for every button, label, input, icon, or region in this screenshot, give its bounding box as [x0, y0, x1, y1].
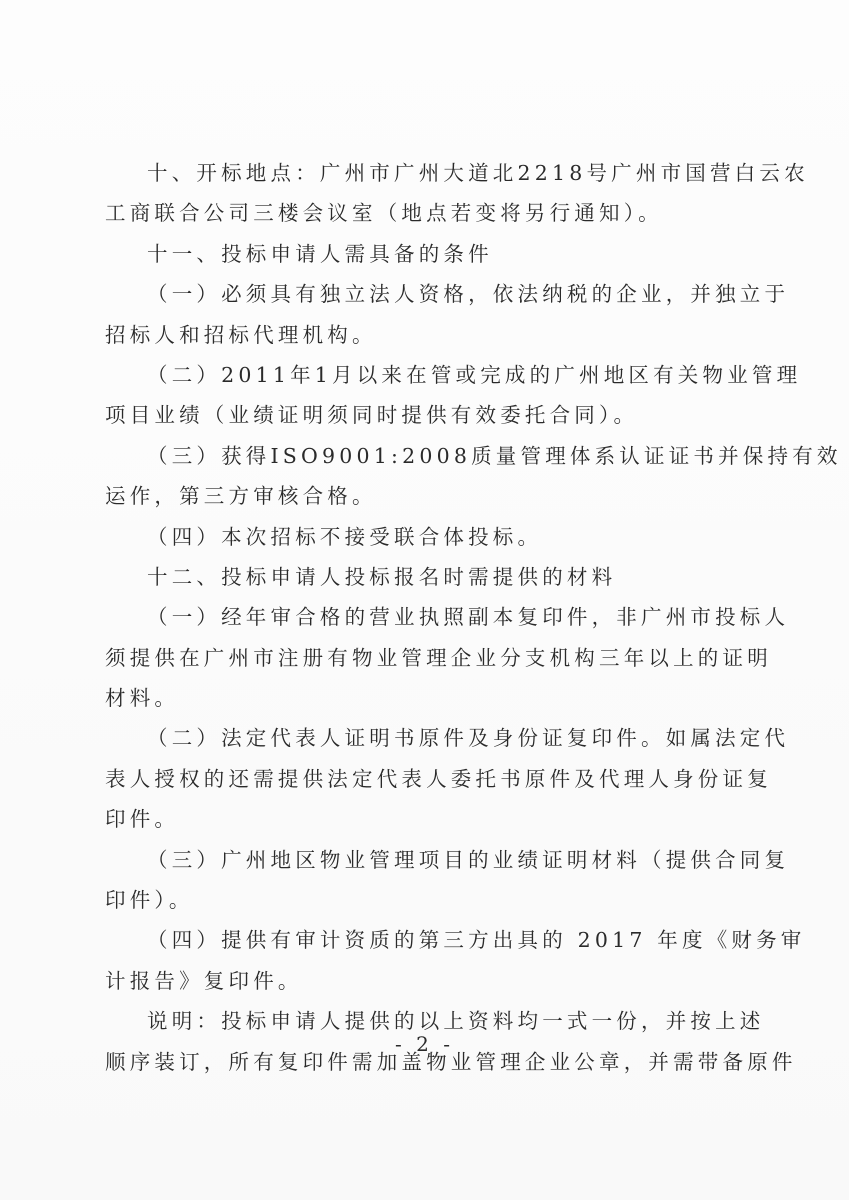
paragraph-line: （四）提供有审计资质的第三方出具的 2017 年度《财务审 — [105, 920, 747, 960]
paragraph-line: 印件）。 — [105, 880, 747, 920]
section-heading: 十一、投标申请人需具备的条件 — [105, 234, 747, 274]
paragraph-line: （二）2011年1月以来在管或完成的广州地区有关物业管理 — [105, 355, 747, 395]
paragraph-line: 须提供在广州市注册有物业管理企业分支机构三年以上的证明 — [105, 638, 747, 678]
paragraph-line: （三）广州地区物业管理项目的业绩证明材料（提供合同复 — [105, 840, 747, 880]
paragraph-line: 工商联合公司三楼会议室（地点若变将另行通知）。 — [105, 193, 747, 233]
paragraph-line: （三）获得ISO9001:2008质量管理体系认证证书并保持有效 — [105, 436, 747, 476]
paragraph-line: 项目业绩（业绩证明须同时提供有效委托合同）。 — [105, 395, 747, 435]
paragraph-line: 运作，第三方审核合格。 — [105, 476, 747, 516]
document-body: 十、开标地点：广州市广州大道北2218号广州市国营白云农 工商联合公司三楼会议室… — [105, 153, 747, 1082]
paragraph-line: （一）必须具有独立法人资格，依法纳税的企业，并独立于 — [105, 274, 747, 314]
paragraph-line: 印件。 — [105, 799, 747, 839]
paragraph-line: 招标人和招标代理机构。 — [105, 315, 747, 355]
page-number: - 2 - — [0, 1032, 849, 1056]
document-page: 十、开标地点：广州市广州大道北2218号广州市国营白云农 工商联合公司三楼会议室… — [0, 0, 849, 1200]
paragraph-line: 十、开标地点：广州市广州大道北2218号广州市国营白云农 — [105, 153, 747, 193]
paragraph-line: （一）经年审合格的营业执照副本复印件，非广州市投标人 — [105, 597, 747, 637]
section-heading: 十二、投标申请人投标报名时需提供的材料 — [105, 557, 747, 597]
paragraph-line: 表人授权的还需提供法定代表人委托书原件及代理人身份证复 — [105, 759, 747, 799]
paragraph-line: 材料。 — [105, 678, 747, 718]
paragraph-line: 计报告》复印件。 — [105, 961, 747, 1001]
paragraph-line: （四）本次招标不接受联合体投标。 — [105, 517, 747, 557]
paragraph-line: （二）法定代表人证明书原件及身份证复印件。如属法定代 — [105, 718, 747, 758]
